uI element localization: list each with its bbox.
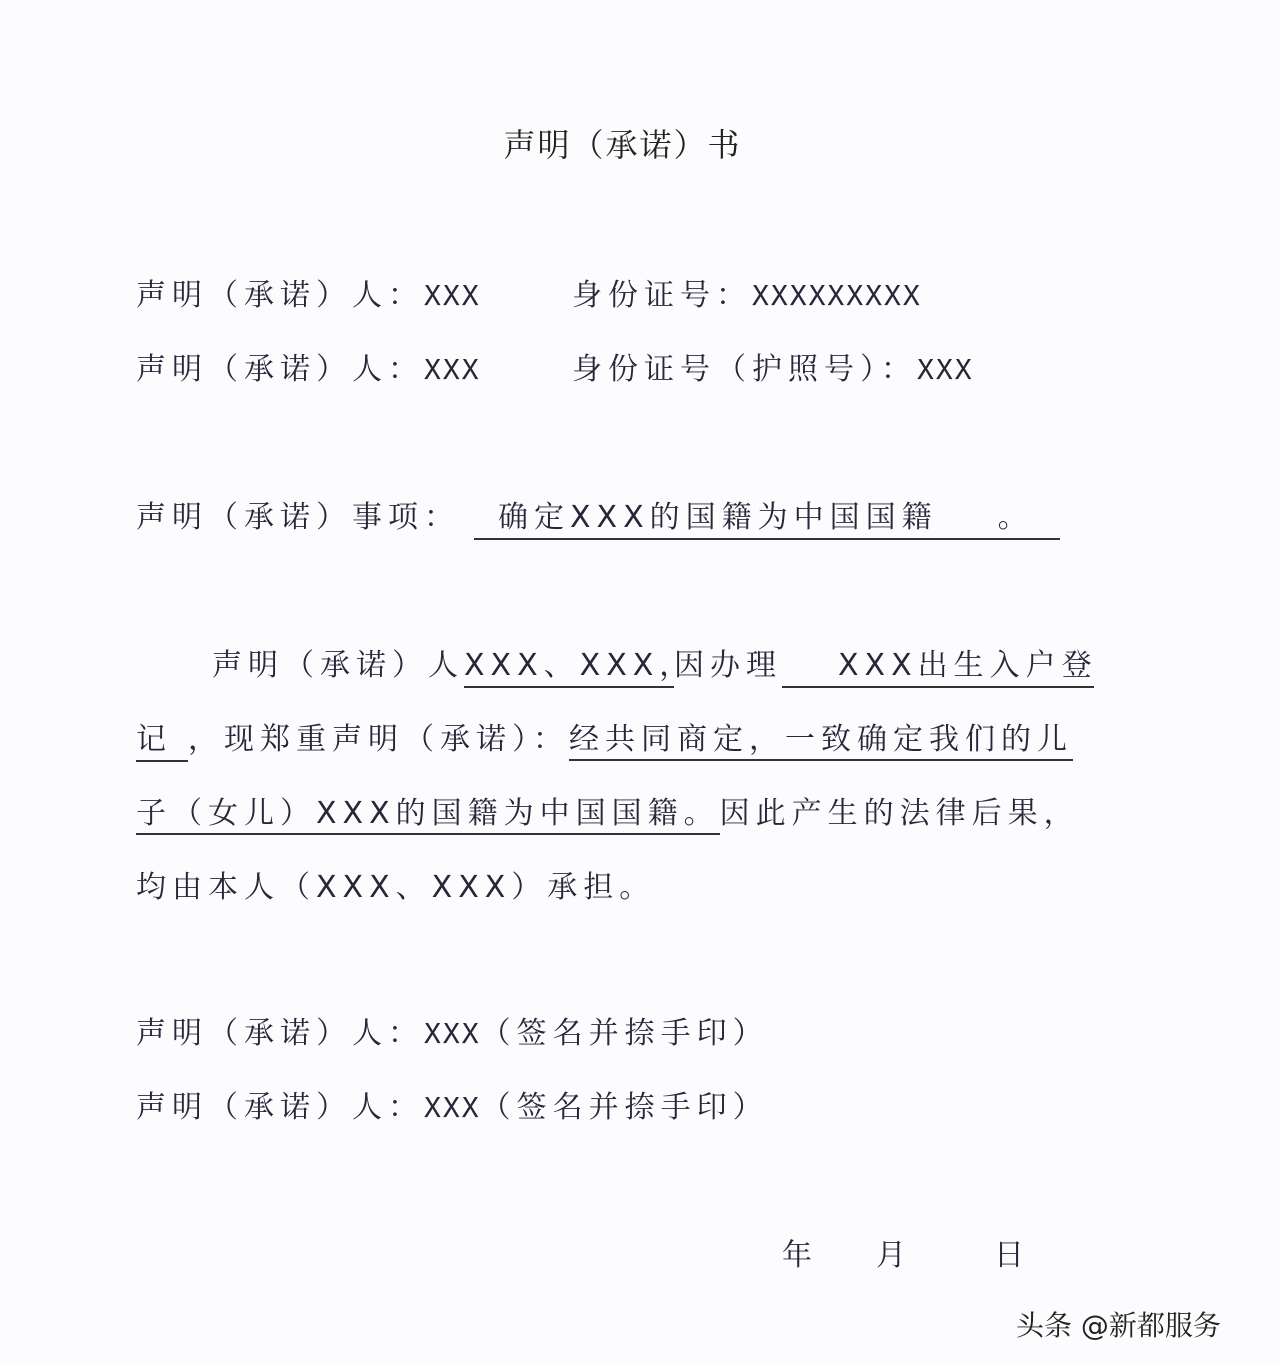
signature-label: 声明（承诺）人：	[136, 1090, 424, 1125]
date-day: 日	[994, 1230, 1030, 1274]
declarant-name: XXX	[424, 279, 481, 312]
body-line-3: 子（女儿）XXX的国籍为中国国籍。因此产生的法律后果，	[136, 788, 1080, 832]
business-field-end: 记	[136, 714, 188, 762]
matter-row: 声明（承诺）事项：	[136, 492, 460, 536]
declaration-field: 经共同商定，一致确定我们的儿	[569, 722, 1073, 761]
signature-label: 声明（承诺）人：	[136, 1016, 424, 1051]
matter-period: 。	[998, 500, 1034, 535]
body-line-1: 声明（承诺）人XXX、XXX，因办理XXX出生入户登	[212, 640, 1094, 688]
id-label: 身份证号：	[572, 278, 752, 313]
matter-value: 确定XXX的国籍为中国国籍	[498, 500, 938, 535]
signature-note: （签名并捺手印）	[481, 1016, 769, 1051]
signature-name: XXX	[424, 1091, 481, 1124]
body-line-4: 均由本人（XXX、XXX）承担。	[136, 862, 655, 906]
id-value: XXXXXXXXX	[752, 279, 922, 312]
signature-name: XXX	[424, 1017, 481, 1050]
declaration-field-end: 子（女儿）XXX的国籍为中国国籍。	[136, 796, 720, 835]
declarant-label: 声明（承诺）人：	[136, 352, 424, 387]
body-text: 声明（承诺）人	[212, 648, 464, 683]
declarant-label: 声明（承诺）人：	[136, 278, 424, 313]
watermark: 头条 @新都服务	[1016, 1304, 1221, 1344]
matter-value-field: 确定XXX的国籍为中国国籍。	[474, 492, 1060, 540]
matter-label: 声明（承诺）事项：	[136, 500, 460, 535]
date-year: 年	[782, 1230, 818, 1274]
id-label: 身份证号（护照号）：	[572, 352, 917, 387]
body-text: 因办理	[674, 648, 782, 683]
body-line-2: 记，现郑重声明（承诺）：经共同商定，一致确定我们的儿	[136, 714, 1073, 762]
declarant-id-2: 身份证号（护照号）：XXX	[572, 344, 974, 388]
document-title: 声明（承诺）书	[0, 120, 1245, 166]
declarant-id-1: 身份证号：XXXXXXXXX	[572, 270, 922, 314]
date-month: 月	[876, 1230, 912, 1274]
signature-row-1: 声明（承诺）人：XXX（签名并捺手印）	[136, 1008, 769, 1052]
signature-note: （签名并捺手印）	[481, 1090, 769, 1125]
body-text: 因此产生的法律后果，	[720, 796, 1080, 831]
declarant-row-2: 声明（承诺）人：XXX	[136, 344, 481, 388]
signature-row-2: 声明（承诺）人：XXX（签名并捺手印）	[136, 1082, 769, 1126]
declarant-row-1: 声明（承诺）人：XXX	[136, 270, 481, 314]
business-field: XXX出生入户登	[782, 640, 1094, 688]
body-text: ，现郑重声明（承诺）：	[188, 722, 569, 757]
declarant-name: XXX	[424, 353, 481, 386]
id-value: XXX	[917, 353, 974, 386]
names-field: XXX、XXX，	[464, 640, 674, 688]
